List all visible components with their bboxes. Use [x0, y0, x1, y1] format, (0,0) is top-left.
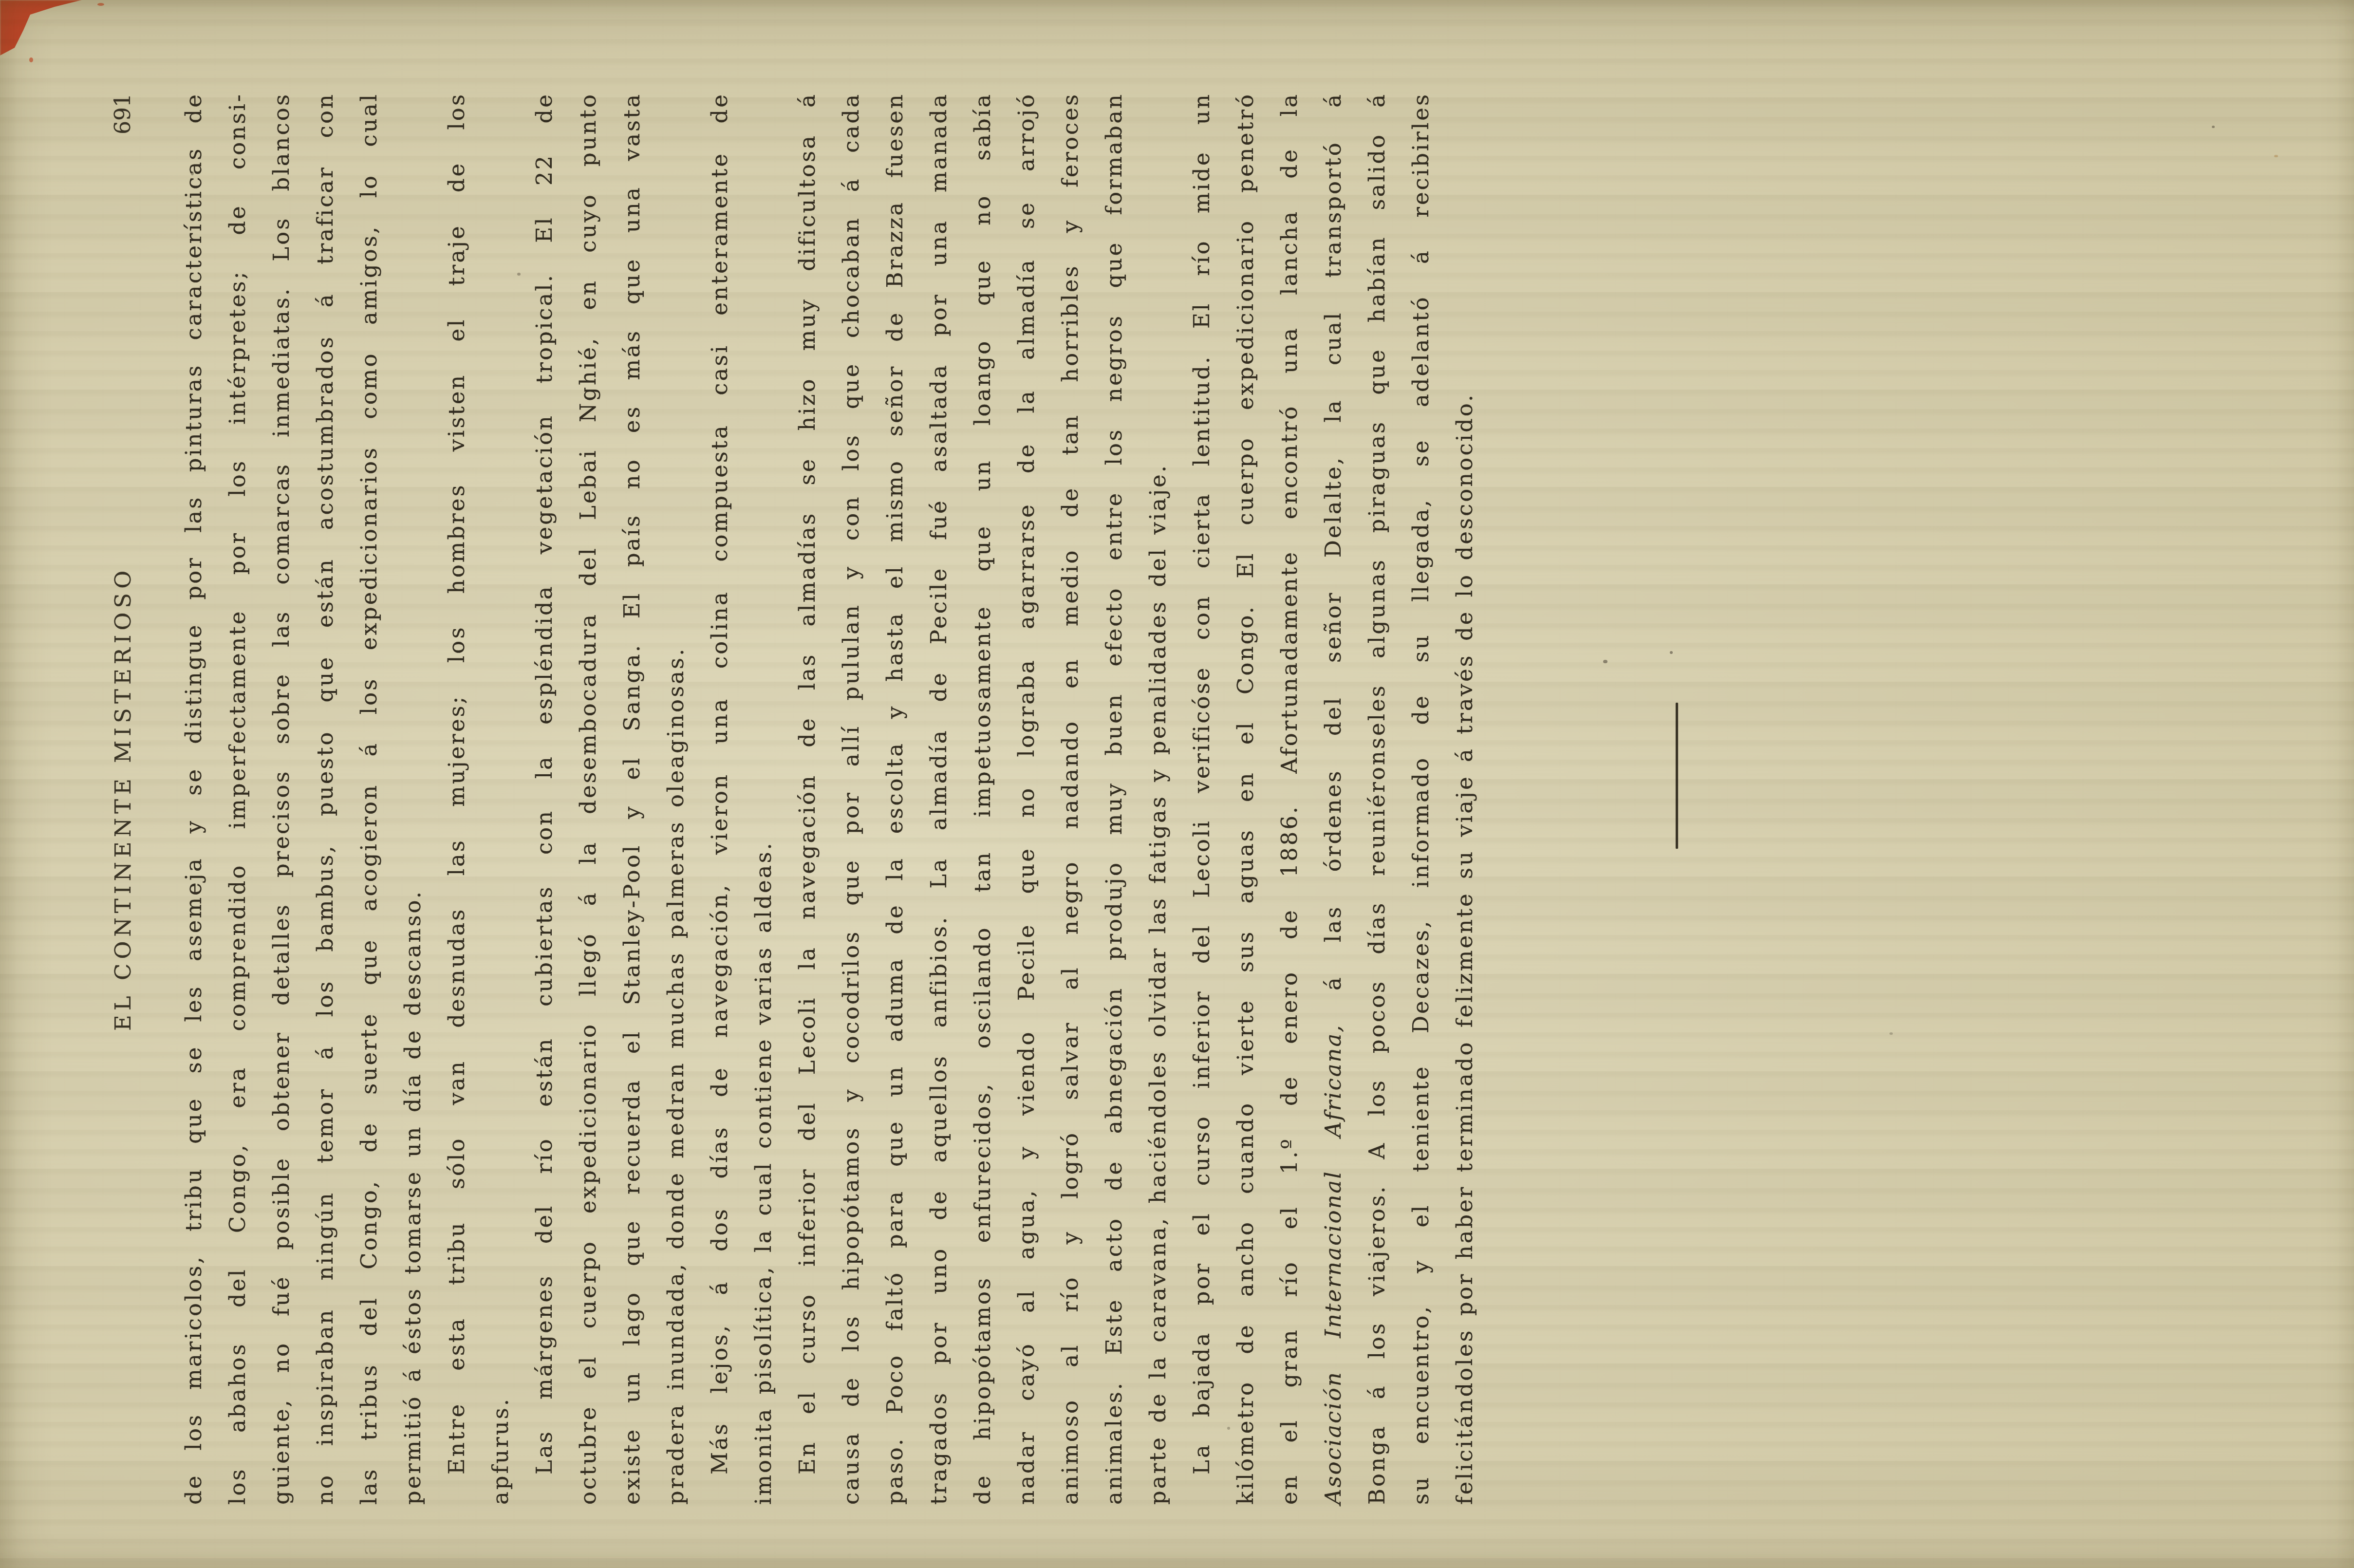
- text-line: las tribus del Congo, de suerte que acog…: [347, 93, 391, 1505]
- paragraph: La bajada por el curso inferior del Leco…: [1180, 93, 1487, 1505]
- text-line: de los maricolos, tribu que se les aseme…: [172, 93, 216, 1505]
- paragraph: Las márgenes del río están cubiertas con…: [523, 93, 698, 1505]
- page-content: EL CONTINENTE MISTERIOSO 691 de los mari…: [0, 0, 2354, 1568]
- text-line: no inspiraban ningún temor á los bambus,…: [303, 93, 347, 1505]
- text-line: felicitándoles por haber terminado feliz…: [1443, 93, 1487, 1505]
- header-row: EL CONTINENTE MISTERIOSO 691: [106, 93, 140, 1505]
- paper-speck: [2212, 126, 2215, 128]
- text-line: animales. Este acto de abnegación produj…: [1092, 93, 1136, 1505]
- text-line: nadar cayó al agua, y viendo Pecile que …: [1005, 93, 1048, 1505]
- text-line: En el curso inferior del Lecoli la naveg…: [785, 93, 829, 1505]
- text-line: Bonga á los viajeros. A los pocos días r…: [1355, 93, 1399, 1505]
- paper-speck: [191, 171, 194, 175]
- text-line: tragados por uno de aquellos anfibios. L…: [917, 93, 961, 1505]
- text-line: de hipopótamos enfurecidos, oscilando ta…: [961, 93, 1005, 1505]
- paragraph: Más lejos, á dos días de navegación, vie…: [698, 93, 785, 1505]
- paper-speck: [1889, 1032, 1893, 1035]
- paper-speck: [517, 273, 521, 276]
- red-fleck: [97, 3, 104, 6]
- text-line: Asociación Internacional Africana, á las…: [1311, 93, 1355, 1505]
- text-line: guiente, no fué posible obtener detalles…: [260, 93, 303, 1505]
- text-line: La bajada por el curso inferior del Leco…: [1180, 93, 1224, 1505]
- paper-speck: [1603, 660, 1607, 663]
- text-line: los abahos del Congo, era comprendido im…: [216, 93, 260, 1505]
- text-line: existe un lago que recuerda el Stanley-P…: [610, 93, 654, 1505]
- page-scan-rotated: EL CONTINENTE MISTERIOSO 691 de los mari…: [0, 0, 2354, 1568]
- text-line: pradera inundada, donde medran muchas pa…: [654, 93, 698, 1505]
- text-line: Más lejos, á dos días de navegación, vie…: [698, 93, 742, 1505]
- text-line: en el gran río el 1.º de enero de 1886. …: [1268, 93, 1311, 1505]
- paper-speck: [1670, 651, 1673, 654]
- text-line: Las márgenes del río están cubiertas con…: [523, 93, 566, 1505]
- text-line: parte de la caravana, haciéndoles olvida…: [1136, 93, 1180, 1505]
- text-line: causa de los hipopótamos y cocodrilos qu…: [829, 93, 873, 1505]
- scanned-book-page: EL CONTINENTE MISTERIOSO 691 de los mari…: [0, 0, 2354, 1568]
- paragraph: En el curso inferior del Lecoli la naveg…: [785, 93, 1180, 1505]
- running-header: EL CONTINENTE MISTERIOSO: [106, 93, 140, 1505]
- text-line: permitió á éstos tomarse un día de desca…: [391, 93, 435, 1505]
- page-number: 691: [106, 93, 140, 134]
- text-line: imonita pisolítica, la cual contiene var…: [742, 93, 785, 1505]
- text-line: Entre esta tribu sólo van desnudas las m…: [435, 93, 479, 1505]
- text-column: de los maricolos, tribu que se les aseme…: [172, 93, 1487, 1505]
- text-line: apfurus.: [479, 93, 523, 1505]
- red-fleck: [29, 57, 33, 62]
- section-divider-rule: [1676, 703, 1678, 849]
- paragraph: de los maricolos, tribu que se les aseme…: [172, 93, 435, 1505]
- text-line: paso. Poco faltó para que un aduma de la…: [873, 93, 917, 1505]
- paper-speck: [1227, 1427, 1230, 1430]
- paragraph: Entre esta tribu sólo van desnudas las m…: [435, 93, 523, 1505]
- text-line: octubre el cuerpo expedicionario llegó á…: [566, 93, 610, 1505]
- text-line: su encuentro, y el teniente Decazes, inf…: [1399, 93, 1443, 1505]
- paper-speck: [2274, 155, 2278, 157]
- text-line: animoso al río y logró salvar al negro n…: [1048, 93, 1092, 1505]
- text-line: kilómetro de ancho cuando vierte sus agu…: [1224, 93, 1268, 1505]
